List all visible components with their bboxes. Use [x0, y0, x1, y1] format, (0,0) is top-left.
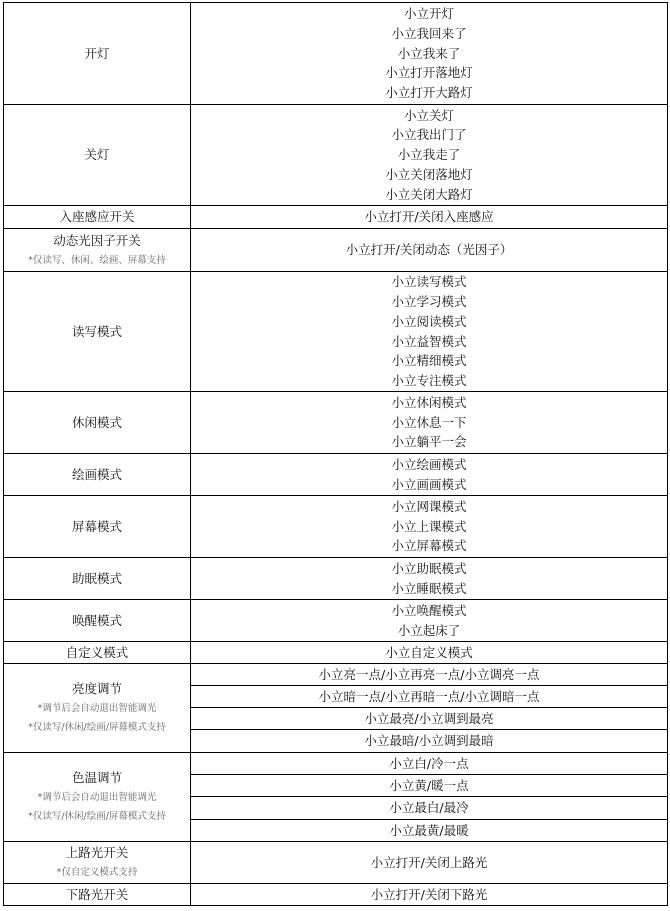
function-name: 助眠模式	[4, 569, 190, 589]
phrase: 小立画画模式	[191, 475, 667, 495]
phrases-cell: 小立最暗/小立调到最暗	[191, 730, 668, 753]
table-row: 绘画模式 小立绘画模式 小立画画模式	[4, 454, 668, 496]
phrase: 小立我出门了	[191, 125, 667, 145]
function-name: 休闲模式	[4, 413, 190, 433]
table-row: 屏幕模式 小立网课模式 小立上课模式 小立屏幕模式	[4, 496, 668, 558]
function-cell: 休闲模式	[4, 392, 191, 454]
table-row: 动态光因子开关 *仅读写、休闲、绘画、屏幕支持 小立打开/关闭动态（光因子）	[4, 229, 668, 272]
phrases-cell: 小立自定义模式	[191, 642, 668, 664]
phrase: 小立助眠模式	[191, 559, 667, 579]
phrases-cell: 小立最白/最冷	[191, 797, 668, 820]
function-note: *仅读写/休闲/绘画/屏幕模式支持	[4, 718, 190, 737]
phrase: 小立打开落地灯	[191, 63, 667, 83]
function-name: 开灯	[4, 44, 190, 64]
phrases-cell: 小立休闲模式 小立休息一下 小立躺平一会	[191, 392, 668, 454]
phrase: 小立绘画模式	[191, 455, 667, 475]
phrase: 小立精细模式	[191, 351, 667, 371]
phrase: 小立暗一点/小立再暗一点/小立调暗一点	[191, 687, 667, 707]
voice-command-table: 开灯 小立开灯 小立我回来了 小立我来了 小立打开落地灯 小立打开大路灯 关灯 …	[3, 2, 668, 906]
function-name: 上路光开关	[4, 843, 190, 863]
function-cell: 助眠模式	[4, 558, 191, 600]
phrases-cell: 小立黄/暖一点	[191, 775, 668, 797]
phrases-cell: 小立读写模式 小立学习模式 小立阅读模式 小立益智模式 小立精细模式 小立专注模…	[191, 272, 668, 392]
phrase: 小立关灯	[191, 106, 667, 126]
phrase: 小立专注模式	[191, 371, 667, 391]
function-name: 动态光因子开关	[4, 231, 190, 251]
phrase: 小立自定义模式	[191, 643, 667, 663]
table-row: 下路光开关 小立打开/关闭下路光	[4, 884, 668, 906]
phrase: 小立关闭大路灯	[191, 185, 667, 205]
table-row: 开灯 小立开灯 小立我回来了 小立我来了 小立打开落地灯 小立打开大路灯	[4, 3, 668, 105]
phrases-cell: 小立开灯 小立我回来了 小立我来了 小立打开落地灯 小立打开大路灯	[191, 3, 668, 105]
phrase: 小立睡眠模式	[191, 579, 667, 599]
phrase: 小立休闲模式	[191, 393, 667, 413]
phrase: 小立打开/关闭下路光	[191, 885, 667, 905]
phrase: 小立打开/关闭入座感应	[191, 207, 667, 227]
table-row: 自定义模式 小立自定义模式	[4, 642, 668, 664]
function-cell: 入座感应开关	[4, 206, 191, 229]
function-cell: 自定义模式	[4, 642, 191, 664]
phrases-cell: 小立绘画模式 小立画画模式	[191, 454, 668, 496]
function-name: 关灯	[4, 145, 190, 165]
function-name: 自定义模式	[4, 643, 190, 663]
phrase: 小立我回来了	[191, 24, 667, 44]
phrase: 小立最亮/小立调到最亮	[191, 709, 667, 729]
function-cell: 亮度调节 *调节后会自动退出智能调光 *仅读写/休闲/绘画/屏幕模式支持	[4, 664, 191, 753]
phrase: 小立上课模式	[191, 517, 667, 537]
phrases-cell: 小立亮一点/小立再亮一点/小立调亮一点	[191, 664, 668, 686]
table-row: 读写模式 小立读写模式 小立学习模式 小立阅读模式 小立益智模式 小立精细模式 …	[4, 272, 668, 392]
phrase: 小立唤醒模式	[191, 601, 667, 621]
function-name: 下路光开关	[4, 885, 190, 905]
phrase: 小立亮一点/小立再亮一点/小立调亮一点	[191, 665, 667, 685]
table-row: 关灯 小立关灯 小立我出门了 小立我走了 小立关闭落地灯 小立关闭大路灯	[4, 105, 668, 206]
phrases-cell: 小立打开/关闭下路光	[191, 884, 668, 906]
phrases-cell: 小立网课模式 小立上课模式 小立屏幕模式	[191, 496, 668, 558]
phrases-cell: 小立最黄/最暖	[191, 820, 668, 842]
table-row: 上路光开关 *仅自定义模式支持 小立打开/关闭上路光	[4, 842, 668, 884]
phrases-cell: 小立白/冷一点	[191, 753, 668, 775]
function-name: 绘画模式	[4, 465, 190, 485]
phrase: 小立学习模式	[191, 292, 667, 312]
function-cell: 动态光因子开关 *仅读写、休闲、绘画、屏幕支持	[4, 229, 191, 272]
phrase: 小立关闭落地灯	[191, 165, 667, 185]
phrases-cell: 小立暗一点/小立再暗一点/小立调暗一点	[191, 686, 668, 708]
table-row: 色温调节 *调节后会自动退出智能调光 *仅读写/休闲/绘画/屏幕模式支持 小立白…	[4, 753, 668, 775]
phrase: 小立我走了	[191, 145, 667, 165]
phrase: 小立躺平一会	[191, 432, 667, 452]
function-cell: 唤醒模式	[4, 600, 191, 642]
phrases-cell: 小立打开/关闭动态（光因子）	[191, 229, 668, 272]
phrase: 小立益智模式	[191, 332, 667, 352]
table-row: 唤醒模式 小立唤醒模式 小立起床了	[4, 600, 668, 642]
phrase: 小立白/冷一点	[191, 754, 667, 774]
phrase: 小立我来了	[191, 44, 667, 64]
function-note: *调节后会自动退出智能调光	[4, 788, 190, 807]
phrase: 小立起床了	[191, 621, 667, 641]
table-row: 休闲模式 小立休闲模式 小立休息一下 小立躺平一会	[4, 392, 668, 454]
function-note: *仅自定义模式支持	[4, 863, 190, 882]
function-note: *调节后会自动退出智能调光	[4, 699, 190, 718]
function-name: 唤醒模式	[4, 611, 190, 631]
phrase: 小立阅读模式	[191, 312, 667, 332]
function-name: 入座感应开关	[4, 207, 190, 227]
phrases-cell: 小立关灯 小立我出门了 小立我走了 小立关闭落地灯 小立关闭大路灯	[191, 105, 668, 206]
function-name: 屏幕模式	[4, 517, 190, 537]
function-name: 色温调节	[4, 768, 190, 788]
phrase: 小立网课模式	[191, 497, 667, 517]
table-row: 入座感应开关 小立打开/关闭入座感应	[4, 206, 668, 229]
function-note: *仅读写、休闲、绘画、屏幕支持	[4, 251, 190, 270]
function-name: 亮度调节	[4, 679, 190, 699]
phrase: 小立最白/最冷	[191, 798, 667, 818]
function-cell: 关灯	[4, 105, 191, 206]
phrases-cell: 小立唤醒模式 小立起床了	[191, 600, 668, 642]
function-cell: 色温调节 *调节后会自动退出智能调光 *仅读写/休闲/绘画/屏幕模式支持	[4, 753, 191, 842]
phrase: 小立打开大路灯	[191, 83, 667, 103]
phrases-cell: 小立打开/关闭入座感应	[191, 206, 668, 229]
phrase: 小立开灯	[191, 4, 667, 24]
table-row: 助眠模式 小立助眠模式 小立睡眠模式	[4, 558, 668, 600]
phrases-cell: 小立打开/关闭上路光	[191, 842, 668, 884]
phrase: 小立打开/关闭动态（光因子）	[191, 240, 667, 260]
table-row: 亮度调节 *调节后会自动退出智能调光 *仅读写/休闲/绘画/屏幕模式支持 小立亮…	[4, 664, 668, 686]
function-cell: 开灯	[4, 3, 191, 105]
function-cell: 读写模式	[4, 272, 191, 392]
phrase: 小立休息一下	[191, 413, 667, 433]
phrases-cell: 小立助眠模式 小立睡眠模式	[191, 558, 668, 600]
phrase: 小立打开/关闭上路光	[191, 853, 667, 873]
phrases-cell: 小立最亮/小立调到最亮	[191, 708, 668, 730]
function-cell: 屏幕模式	[4, 496, 191, 558]
function-note: *仅读写/休闲/绘画/屏幕模式支持	[4, 807, 190, 826]
phrase: 小立最黄/最暖	[191, 821, 667, 841]
phrase: 小立最暗/小立调到最暗	[191, 731, 667, 751]
function-cell: 绘画模式	[4, 454, 191, 496]
phrase: 小立读写模式	[191, 272, 667, 292]
function-name: 读写模式	[4, 322, 190, 342]
function-cell: 下路光开关	[4, 884, 191, 906]
phrase: 小立屏幕模式	[191, 536, 667, 556]
function-cell: 上路光开关 *仅自定义模式支持	[4, 842, 191, 884]
phrase: 小立黄/暖一点	[191, 776, 667, 796]
